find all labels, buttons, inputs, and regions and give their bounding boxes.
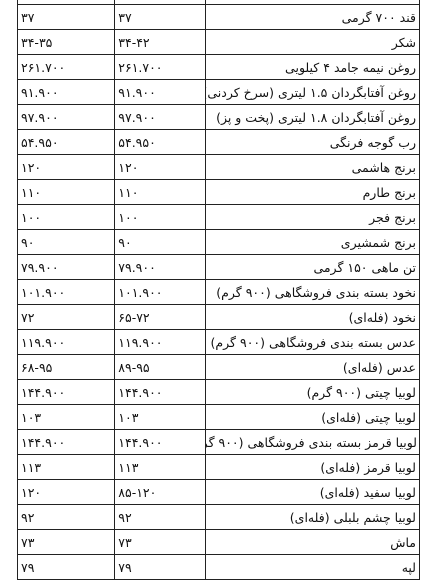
table-row: لوبیا قرمز (فله‌ای)۱۱۳۱۱۳ [18, 455, 420, 480]
price-cell-a: ۳۷ [115, 5, 206, 30]
price-cell-b: ۱۰۱.۹۰۰ [18, 280, 115, 305]
price-cell-a: ۷۹ [115, 555, 206, 580]
table-row: تن ماهی ۱۵۰ گرمی۷۹.۹۰۰۷۹.۹۰۰ [18, 255, 420, 280]
table-row: لوبیا چشم بلبلی (فله‌ای)۹۲۹۲ [18, 505, 420, 530]
table-row: عدس بسته بندی فروشگاهی (۹۰۰ گرم)۱۱۹.۹۰۰۱… [18, 330, 420, 355]
price-cell-a: ۱۴۴.۹۰۰ [115, 380, 206, 405]
table-row: لپه۷۹۷۹ [18, 555, 420, 580]
price-cell-a: ۹۰ [115, 230, 206, 255]
price-cell-b: ۹۱.۹۰۰ [18, 80, 115, 105]
price-cell-a: ۹۱.۹۰۰ [115, 80, 206, 105]
table-row: روغن آفتابگردان ۱.۸ لیتری (پخت و پز)۹۷.۹… [18, 105, 420, 130]
table-row: لوبیا سفید (فله‌ای)۸۵-۱۲۰۱۲۰ [18, 480, 420, 505]
price-cell-b: ۹۲ [18, 505, 115, 530]
item-name-cell: لوبیا قرمز بسته بندی فروشگاهی (۹۰۰ گرم) [206, 430, 420, 455]
price-cell-a: ۷۳ [115, 530, 206, 555]
price-cell-b: ۹۷.۹۰۰ [18, 105, 115, 130]
table-row: لوبیا چیتی (فله‌ای)۱۰۳۱۰۳ [18, 405, 420, 430]
price-cell-b: ۱۴۴.۹۰۰ [18, 380, 115, 405]
table-row: برنج طارم۱۱۰۱۱۰ [18, 180, 420, 205]
table-row: شکر۳۴-۴۲۳۴-۳۵ [18, 30, 420, 55]
item-name-cell: لوبیا چیتی (۹۰۰ گرم) [206, 380, 420, 405]
item-name-cell: ماش [206, 530, 420, 555]
price-cell-b: ۷۹.۹۰۰ [18, 255, 115, 280]
price-cell-b: ۱۱۳ [18, 455, 115, 480]
item-name-cell: لوبیا قرمز (فله‌ای) [206, 455, 420, 480]
table-row: برنج هاشمی۱۲۰۱۲۰ [18, 155, 420, 180]
item-name-cell: برنج شمشیری [206, 230, 420, 255]
price-table-body: قند ۷۰۰ گرمی۳۷۳۷شکر۳۴-۴۲۳۴-۳۵روغن نیمه ج… [18, 0, 420, 580]
price-cell-b: ۱۱۰ [18, 180, 115, 205]
item-name-cell: عدس (فله‌ای) [206, 355, 420, 380]
price-cell-a: ۱۰۳ [115, 405, 206, 430]
price-cell-a: ۱۱۰ [115, 180, 206, 205]
price-cell-a: ۷۹.۹۰۰ [115, 255, 206, 280]
table-row: برنج فجر۱۰۰۱۰۰ [18, 205, 420, 230]
price-cell-b: ۵۴.۹۵۰ [18, 130, 115, 155]
price-cell-b: ۱۲۰ [18, 155, 115, 180]
item-name-cell: تن ماهی ۱۵۰ گرمی [206, 255, 420, 280]
price-cell-b: ۷۲ [18, 305, 115, 330]
price-cell-a: ۱۱۹.۹۰۰ [115, 330, 206, 355]
price-cell-a: ۶۵-۷۲ [115, 305, 206, 330]
price-cell-b: ۱۲۰ [18, 480, 115, 505]
item-name-cell: لوبیا چشم بلبلی (فله‌ای) [206, 505, 420, 530]
item-name-cell: لوبیا سفید (فله‌ای) [206, 480, 420, 505]
price-cell-b: ۷۹ [18, 555, 115, 580]
table-row: رب گوجه فرنگی۵۴.۹۵۰۵۴.۹۵۰ [18, 130, 420, 155]
price-cell-a: ۲۶۱.۷۰۰ [115, 55, 206, 80]
price-cell-b: ۳۷ [18, 5, 115, 30]
price-cell-a: ۹۷.۹۰۰ [115, 105, 206, 130]
item-name-cell: نخود (فله‌ای) [206, 305, 420, 330]
table-row: نخود (فله‌ای)۶۵-۷۲۷۲ [18, 305, 420, 330]
item-name-cell: نخود بسته بندی فروشگاهی (۹۰۰ گرم) [206, 280, 420, 305]
price-cell-a: ۱۴۴.۹۰۰ [115, 430, 206, 455]
price-cell-b: ۷۳ [18, 530, 115, 555]
item-name-cell: شکر [206, 30, 420, 55]
item-name-cell: لوبیا چیتی (فله‌ای) [206, 405, 420, 430]
item-name-cell: عدس بسته بندی فروشگاهی (۹۰۰ گرم) [206, 330, 420, 355]
price-cell-a: ۹۲ [115, 505, 206, 530]
price-cell-a: ۱۰۱.۹۰۰ [115, 280, 206, 305]
table-row: ماش۷۳۷۳ [18, 530, 420, 555]
price-cell-a: ۸۹-۹۵ [115, 355, 206, 380]
item-name-cell: روغن آفتابگردان ۱.۵ لیتری (سرخ کردنی) [206, 80, 420, 105]
table-row: لوبیا قرمز بسته بندی فروشگاهی (۹۰۰ گرم)۱… [18, 430, 420, 455]
price-cell-a: ۱۱۳ [115, 455, 206, 480]
price-cell-b: ۲۶۱.۷۰۰ [18, 55, 115, 80]
item-name-cell: قند ۷۰۰ گرمی [206, 5, 420, 30]
table-row: نخود بسته بندی فروشگاهی (۹۰۰ گرم)۱۰۱.۹۰۰… [18, 280, 420, 305]
table-row: قند ۷۰۰ گرمی۳۷۳۷ [18, 5, 420, 30]
item-name-cell: روغن آفتابگردان ۱.۸ لیتری (پخت و پز) [206, 105, 420, 130]
price-table: قند ۷۰۰ گرمی۳۷۳۷شکر۳۴-۴۲۳۴-۳۵روغن نیمه ج… [17, 0, 420, 580]
price-cell-b: ۹۰ [18, 230, 115, 255]
price-cell-b: ۶۸-۹۵ [18, 355, 115, 380]
table-row: لوبیا چیتی (۹۰۰ گرم)۱۴۴.۹۰۰۱۴۴.۹۰۰ [18, 380, 420, 405]
price-table-container: قند ۷۰۰ گرمی۳۷۳۷شکر۳۴-۴۲۳۴-۳۵روغن نیمه ج… [17, 0, 420, 580]
item-name-cell: لپه [206, 555, 420, 580]
table-row: روغن نیمه جامد ۴ کیلویی۲۶۱.۷۰۰۲۶۱.۷۰۰ [18, 55, 420, 80]
price-cell-b: ۱۴۴.۹۰۰ [18, 430, 115, 455]
price-cell-a: ۳۴-۴۲ [115, 30, 206, 55]
item-name-cell: روغن نیمه جامد ۴ کیلویی [206, 55, 420, 80]
item-name-cell: برنج فجر [206, 205, 420, 230]
price-cell-b: ۱۰۳ [18, 405, 115, 430]
price-cell-b: ۱۰۰ [18, 205, 115, 230]
table-row: روغن آفتابگردان ۱.۵ لیتری (سرخ کردنی)۹۱.… [18, 80, 420, 105]
price-cell-b: ۱۱۹.۹۰۰ [18, 330, 115, 355]
item-name-cell: برنج طارم [206, 180, 420, 205]
price-cell-a: ۵۴.۹۵۰ [115, 130, 206, 155]
price-cell-b: ۳۴-۳۵ [18, 30, 115, 55]
table-row: برنج شمشیری۹۰۹۰ [18, 230, 420, 255]
item-name-cell: برنج هاشمی [206, 155, 420, 180]
price-cell-a: ۱۰۰ [115, 205, 206, 230]
price-cell-a: ۱۲۰ [115, 155, 206, 180]
price-cell-a: ۸۵-۱۲۰ [115, 480, 206, 505]
item-name-cell: رب گوجه فرنگی [206, 130, 420, 155]
table-row: عدس (فله‌ای)۸۹-۹۵۶۸-۹۵ [18, 355, 420, 380]
